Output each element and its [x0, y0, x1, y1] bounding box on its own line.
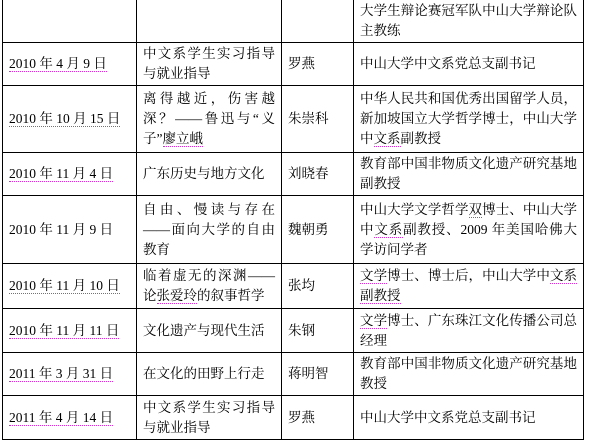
- affiliation-cell: 大学生辩论赛冠军队中山大学辩论队主教练: [354, 0, 584, 43]
- speaker-cell: 蒋明智: [282, 353, 354, 396]
- topic-text: 离得越近，伤害越深？——鲁迅与“义子”廖立峨: [143, 91, 275, 147]
- topic-cell: 文化遗产与现代生活: [137, 309, 282, 353]
- table-row: 大学生辩论赛冠军队中山大学辩论队主教练: [3, 0, 584, 43]
- date-text: 2011 年 3 月 31 日: [9, 366, 113, 382]
- affiliation-text: 大学生辩论赛冠军队中山大学辩论队主教练: [360, 3, 577, 38]
- topic-cell: [137, 0, 282, 43]
- topic-cell: 中文系学生实习指导与就业指导: [137, 396, 282, 440]
- affiliation-text: 中山大学中文系党总支副书记: [360, 56, 536, 71]
- affiliation-cell: 中山大学文学哲学双博士、中山大学中文系副教授、2009 年美国哈佛大学访问学者: [354, 196, 584, 264]
- date-text: 2010 年 11 月 4 日: [9, 166, 113, 182]
- date-cell: 2010 年 11 月 4 日: [3, 153, 137, 196]
- speaker-cell: 罗燕: [282, 43, 354, 86]
- speaker-text: 刘晓春: [288, 166, 329, 181]
- date-cell: 2010 年 11 月 11 日: [3, 309, 137, 353]
- lecture-schedule-table: 大学生辩论赛冠军队中山大学辩论队主教练 2010 年 4 月 9 日 中文系学生…: [2, 0, 584, 440]
- table-row: 2011 年 3 月 31 日 在文化的田野上行走 蒋明智 教育部中国非物质文化…: [3, 353, 584, 396]
- affiliation-cell: 中山大学中文系党总支副书记: [354, 43, 584, 86]
- speaker-text: 张均: [288, 278, 315, 293]
- affiliation-text: 教育部中国非物质文化遗产研究基地副教授: [360, 156, 577, 191]
- date-text: 2010 年 11 月 9 日: [9, 222, 113, 237]
- date-cell: 2010 年 4 月 9 日: [3, 43, 137, 86]
- date-text: 2010 年 4 月 9 日: [9, 56, 107, 72]
- topic-cell: 离得越近，伤害越深？——鲁迅与“义子”廖立峨: [137, 86, 282, 153]
- speaker-text: 罗燕: [288, 56, 315, 71]
- topic-text: 临着虚无的深渊——论张爱玲的叙事哲学: [143, 268, 275, 304]
- date-cell: 2011 年 4 月 14 日: [3, 396, 137, 440]
- date-text: 2010 年 11 月 10 日: [9, 278, 120, 294]
- affiliation-text: 中山大学文学哲学双博士、中山大学中文系副教授、2009 年美国哈佛大学访问学者: [360, 202, 577, 257]
- speaker-cell: 张均: [282, 264, 354, 309]
- affiliation-text: 中华人民共和国优秀出国留学人员，新加坡国立大学哲学博士，中山大学中文系副教授: [360, 91, 577, 147]
- table-row: 2010 年 11 月 11 日 文化遗产与现代生活 朱钢 文学博士、广东珠江文…: [3, 309, 584, 353]
- date-cell: 2010 年 11 月 9 日: [3, 196, 137, 264]
- table-row: 2010 年 10 月 15 日 离得越近，伤害越深？——鲁迅与“义子”廖立峨 …: [3, 86, 584, 153]
- topic-cell: 中文系学生实习指导与就业指导: [137, 43, 282, 86]
- topic-cell: 在文化的田野上行走: [137, 353, 282, 396]
- topic-text: 文化遗产与现代生活: [143, 323, 265, 338]
- speaker-cell: 刘晓春: [282, 153, 354, 196]
- speaker-text: 朱崇科: [288, 111, 329, 126]
- affiliation-text: 文学博士、广东珠江文化传播公司总经理: [360, 313, 577, 348]
- topic-text: 中文系学生实习指导与就业指导: [143, 46, 275, 81]
- date-cell: 2010 年 10 月 15 日: [3, 86, 137, 153]
- affiliation-cell: 文学博士、广东珠江文化传播公司总经理: [354, 309, 584, 353]
- date-text: 2010 年 11 月 11 日: [9, 323, 119, 339]
- date-cell: 2011 年 3 月 31 日: [3, 353, 137, 396]
- date-cell: 2010 年 11 月 10 日: [3, 264, 137, 309]
- affiliation-text: 教育部中国非物质文化遗产研究基地教授: [360, 356, 577, 391]
- affiliation-cell: 中山大学中文系党总支副书记: [354, 396, 584, 440]
- topic-text: 自由、慢读与存在——面向大学的自由教育: [143, 202, 275, 257]
- speaker-cell: 罗燕: [282, 396, 354, 440]
- affiliation-text: 中山大学中文系党总支副书记: [360, 410, 536, 425]
- table-row: 2010 年 11 月 9 日 自由、慢读与存在——面向大学的自由教育 魏朝勇 …: [3, 196, 584, 264]
- affiliation-cell: 教育部中国非物质文化遗产研究基地副教授: [354, 153, 584, 196]
- document-page: 大学生辩论赛冠军队中山大学辩论队主教练 2010 年 4 月 9 日 中文系学生…: [0, 0, 589, 443]
- speaker-text: 朱钢: [288, 323, 315, 338]
- date-text: 2010 年 10 月 15 日: [9, 111, 120, 127]
- affiliation-text: 文学博士、博士后，中山大学中文系副教授: [360, 268, 577, 304]
- topic-text: 广东历史与地方文化: [143, 166, 265, 181]
- topic-cell: 临着虚无的深渊——论张爱玲的叙事哲学: [137, 264, 282, 309]
- speaker-text: 蒋明智: [288, 366, 329, 381]
- affiliation-cell: 中华人民共和国优秀出国留学人员，新加坡国立大学哲学博士，中山大学中文系副教授: [354, 86, 584, 153]
- table-row: 2010 年 11 月 10 日 临着虚无的深渊——论张爱玲的叙事哲学 张均 文…: [3, 264, 584, 309]
- speaker-cell: 朱崇科: [282, 86, 354, 153]
- topic-cell: 广东历史与地方文化: [137, 153, 282, 196]
- table-row: 2011 年 4 月 14 日 中文系学生实习指导与就业指导 罗燕 中山大学中文…: [3, 396, 584, 440]
- speaker-cell: [282, 0, 354, 43]
- affiliation-cell: 文学博士、博士后，中山大学中文系副教授: [354, 264, 584, 309]
- affiliation-cell: 教育部中国非物质文化遗产研究基地教授: [354, 353, 584, 396]
- table-row: 2010 年 4 月 9 日 中文系学生实习指导与就业指导 罗燕 中山大学中文系…: [3, 43, 584, 86]
- topic-text: 在文化的田野上行走: [143, 366, 265, 381]
- speaker-text: 罗燕: [288, 410, 315, 425]
- speaker-cell: 朱钢: [282, 309, 354, 353]
- topic-text: 中文系学生实习指导与就业指导: [143, 400, 275, 435]
- table-row: 2010 年 11 月 4 日 广东历史与地方文化 刘晓春 教育部中国非物质文化…: [3, 153, 584, 196]
- topic-cell: 自由、慢读与存在——面向大学的自由教育: [137, 196, 282, 264]
- date-text: 2011 年 4 月 14 日: [9, 410, 113, 426]
- speaker-text: 魏朝勇: [288, 222, 329, 237]
- date-cell: [3, 0, 137, 43]
- speaker-cell: 魏朝勇: [282, 196, 354, 264]
